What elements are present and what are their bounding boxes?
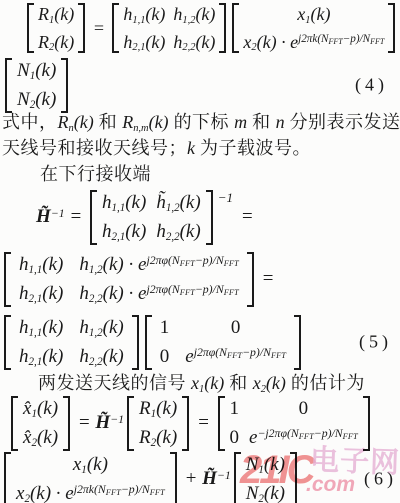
matrix-grid: h1,1(k)h1,2(k)h2,1(k)h2,2(k) <box>119 2 219 54</box>
chinese-text: 在下行接收端 <box>40 164 151 184</box>
right-bracket <box>182 396 189 451</box>
math-text: H̃−1 = <box>36 206 87 228</box>
matrix: x1(k)x2(k) · ej2πk(NFFT−p)/NFFT <box>232 2 395 54</box>
matrix-cell: h2,1(k) <box>123 32 165 53</box>
math-text: = H̃−1 <box>73 412 124 434</box>
matrix-cell: R1(k) <box>139 398 177 420</box>
right-bracket <box>170 452 177 503</box>
matrix: N1(k)N2(k) <box>5 57 68 114</box>
math-text: n <box>276 112 285 132</box>
matrix-grid: x1(k)x2(k) · ej2πk(NFFT−p)/NFFT <box>11 451 170 503</box>
matrix-cell: 0 <box>230 427 240 449</box>
matrix-cell: R1(k) <box>38 4 74 25</box>
matrix-cell: h1,2(k) <box>173 4 215 25</box>
matrix-cell: 0 <box>231 317 241 339</box>
math-text: m <box>234 112 247 132</box>
chinese-text: 和 <box>247 112 276 132</box>
right-bracket <box>206 190 213 245</box>
left-bracket <box>90 190 97 245</box>
math-text: Rn,m(k) <box>122 112 168 132</box>
chinese-text: 分别表示发送 <box>285 112 400 132</box>
matrix-cell: e−j2πφ(NFFT−p)/NFFT <box>249 427 358 449</box>
math-text: = <box>257 268 275 290</box>
paragraph-line2: 天线号和接收天线号；k 为子载波号。 <box>0 134 400 160</box>
matrix-cell: h1,1(k) <box>19 254 63 276</box>
matrix-grid: R1(k)R2(k) <box>134 395 182 452</box>
matrix-cell: x̂1(k) <box>23 398 58 420</box>
equation-5-line2: h1,1(k)h1,2(k) · ej2πφ(NFFT−p)/NFFTh2,1(… <box>0 251 400 308</box>
left-bracket <box>4 315 11 370</box>
matrix-grid: x1(k)x2(k) · ej2πk(NFFT−p)/NFFT <box>239 2 388 54</box>
matrix: 100ej2πφ(NFFT−p)/NFFT <box>145 314 301 371</box>
matrix-cell: h2,1(k) <box>19 283 63 305</box>
matrix-cell: 0 <box>160 346 170 368</box>
left-bracket <box>4 452 11 503</box>
matrix-grid: R1(k)R2(k) <box>34 2 78 54</box>
matrix-grid: h1,1(k)h1,2(k)h2,1(k)h2,2(k) <box>11 314 132 371</box>
math-text: = <box>236 206 254 228</box>
right-bracket <box>290 452 297 503</box>
matrix-cell: R2(k) <box>139 427 177 449</box>
matrix: h1,1(k)h̃1,2(k)h2,1(k)h2,2(k) <box>90 189 213 246</box>
equation-6-line2: x1(k)x2(k) · ej2πk(NFFT−p)/NFFT + H̃−1N1… <box>0 451 400 503</box>
matrix-grid: 100e−j2πφ(NFFT−p)/NFFT <box>225 395 363 452</box>
matrix-cell: h2,1(k) <box>19 346 63 368</box>
chinese-text: 两发送天线的信号 <box>38 373 191 393</box>
matrix-cell: h2,2(k) <box>173 32 215 53</box>
left-bracket <box>4 252 11 307</box>
chinese-text: 的估计为 <box>286 373 365 393</box>
equation-4-line1: R1(k)R2(k) = h1,1(k)h1,2(k)h2,1(k)h2,2(k… <box>0 2 400 54</box>
matrix-cell: h1,1(k) <box>102 192 146 214</box>
left-bracket <box>5 58 12 113</box>
left-bracket <box>27 3 34 53</box>
matrix: R1(k)R2(k) <box>27 2 85 54</box>
matrix-cell: 1 <box>160 317 170 339</box>
matrix-grid: x̂1(k)x̂2(k) <box>18 395 63 452</box>
matrix-grid: h1,1(k)h̃1,2(k)h2,1(k)h2,2(k) <box>97 189 206 246</box>
math-text: x1(k) <box>191 373 224 393</box>
matrix: N1(k)N2(k) <box>234 451 297 503</box>
matrix-grid: h1,1(k)h1,2(k) · ej2πφ(NFFT−p)/NFFTh2,1(… <box>11 251 247 308</box>
right-bracket <box>294 315 301 370</box>
matrix-cell: N1(k) <box>246 454 285 476</box>
matrix-cell: h1,1(k) <box>123 4 165 25</box>
right-bracket <box>61 58 68 113</box>
equation-5-line3: h1,1(k)h1,2(k)h2,1(k)h2,2(k)100ej2πφ(NFF… <box>0 314 400 371</box>
matrix: h1,1(k)h1,2(k) · ej2πφ(NFFT−p)/NFFTh2,1(… <box>4 251 254 308</box>
matrix: x̂1(k)x̂2(k) <box>11 395 70 452</box>
math-text: = <box>88 18 109 39</box>
matrix-cell: 0 <box>299 398 309 420</box>
paragraph-line4: 两发送天线的信号 x1(k) 和 x2(k) 的估计为 <box>0 369 400 395</box>
matrix: 100e−j2πφ(NFFT−p)/NFFT <box>218 395 370 452</box>
right-bracket <box>132 315 139 370</box>
chinese-text: 的下标 <box>169 112 235 132</box>
matrix-cell: x1(k) <box>73 454 108 476</box>
equation-4-line2: N1(k)N2(k)(4) <box>0 57 400 114</box>
left-bracket <box>112 3 119 53</box>
matrix-cell: h̃1,2(k) <box>156 192 200 214</box>
chinese-text: 式中， <box>2 112 58 132</box>
left-bracket <box>232 3 239 53</box>
matrix-cell: N2(k) <box>246 483 285 503</box>
left-bracket <box>145 315 152 370</box>
matrix-cell: h2,2(k) <box>79 346 123 368</box>
matrix-cell: 1 <box>230 398 240 420</box>
matrix: h1,1(k)h1,2(k)h2,1(k)h2,2(k) <box>112 2 226 54</box>
matrix-cell: h1,2(k) <box>79 317 123 339</box>
matrix-cell: h2,2(k) · ej2πφ(NFFT−p)/NFFT <box>79 283 238 305</box>
matrix-grid: N1(k)N2(k) <box>12 57 61 114</box>
matrix-cell: h1,1(k) <box>19 317 63 339</box>
matrix-grid: 100ej2πφ(NFFT−p)/NFFT <box>152 314 294 371</box>
chinese-text: 和 <box>94 112 123 132</box>
document-page: R1(k)R2(k) = h1,1(k)h1,2(k)h2,1(k)h2,2(k… <box>0 0 400 503</box>
right-bracket <box>78 3 85 53</box>
matrix-cell: h2,1(k) <box>102 221 146 243</box>
math-text: + H̃−1 <box>180 468 231 490</box>
paragraph-line3: 在下行接收端 <box>0 160 400 186</box>
left-bracket <box>11 396 18 451</box>
left-bracket <box>218 396 225 451</box>
math-text: = <box>192 412 214 434</box>
chinese-text: 天线号和接收天线号； <box>2 138 187 158</box>
matrix: R1(k)R2(k) <box>127 395 189 452</box>
math-text: Rn(k) <box>58 112 94 132</box>
right-bracket <box>63 396 70 451</box>
matrix-cell: h1,2(k) · ej2πφ(NFFT−p)/NFFT <box>79 254 238 276</box>
right-bracket <box>247 252 254 307</box>
matrix-cell: x2(k) · ej2πk(NFFT−p)/NFFT <box>243 32 384 53</box>
math-text: x2(k) <box>253 373 286 393</box>
paragraph-line1: 式中，Rn(k) 和 Rn,m(k) 的下标 m 和 n 分别表示发送 <box>0 108 400 134</box>
right-bracket <box>219 3 226 53</box>
matrix-cell: N1(k) <box>17 60 56 82</box>
math-text: k <box>187 138 195 158</box>
chinese-text: 为子载波号。 <box>195 138 311 158</box>
matrix-cell: x2(k) · ej2πk(NFFT−p)/NFFT <box>16 483 165 503</box>
right-bracket <box>388 3 395 53</box>
matrix-cell: x1(k) <box>297 4 330 25</box>
matrix-cell: R2(k) <box>38 32 74 53</box>
matrix-inverse-exponent: −1 <box>218 190 233 206</box>
matrix: x1(k)x2(k) · ej2πk(NFFT−p)/NFFT <box>4 451 177 503</box>
matrix: h1,1(k)h1,2(k)h2,1(k)h2,2(k) <box>4 314 139 371</box>
right-bracket <box>363 396 370 451</box>
matrix-cell: ej2πφ(NFFT−p)/NFFT <box>185 346 286 368</box>
matrix-grid: N1(k)N2(k) <box>241 451 290 503</box>
equation-number: (5) <box>359 332 392 353</box>
equation-number: (6) <box>364 469 397 490</box>
equation-6-line1: x̂1(k)x̂2(k) = H̃−1R1(k)R2(k) = 100e−j2π… <box>0 395 400 452</box>
matrix-cell: h2,2(k) <box>156 221 200 243</box>
equation-5-line1: H̃−1 = h1,1(k)h̃1,2(k)h2,1(k)h2,2(k)−1 = <box>0 189 400 246</box>
matrix-cell: x̂2(k) <box>23 427 58 449</box>
equation-number: (4) <box>355 75 388 96</box>
chinese-text: 和 <box>224 373 253 393</box>
left-bracket <box>234 452 241 503</box>
left-bracket <box>127 396 134 451</box>
